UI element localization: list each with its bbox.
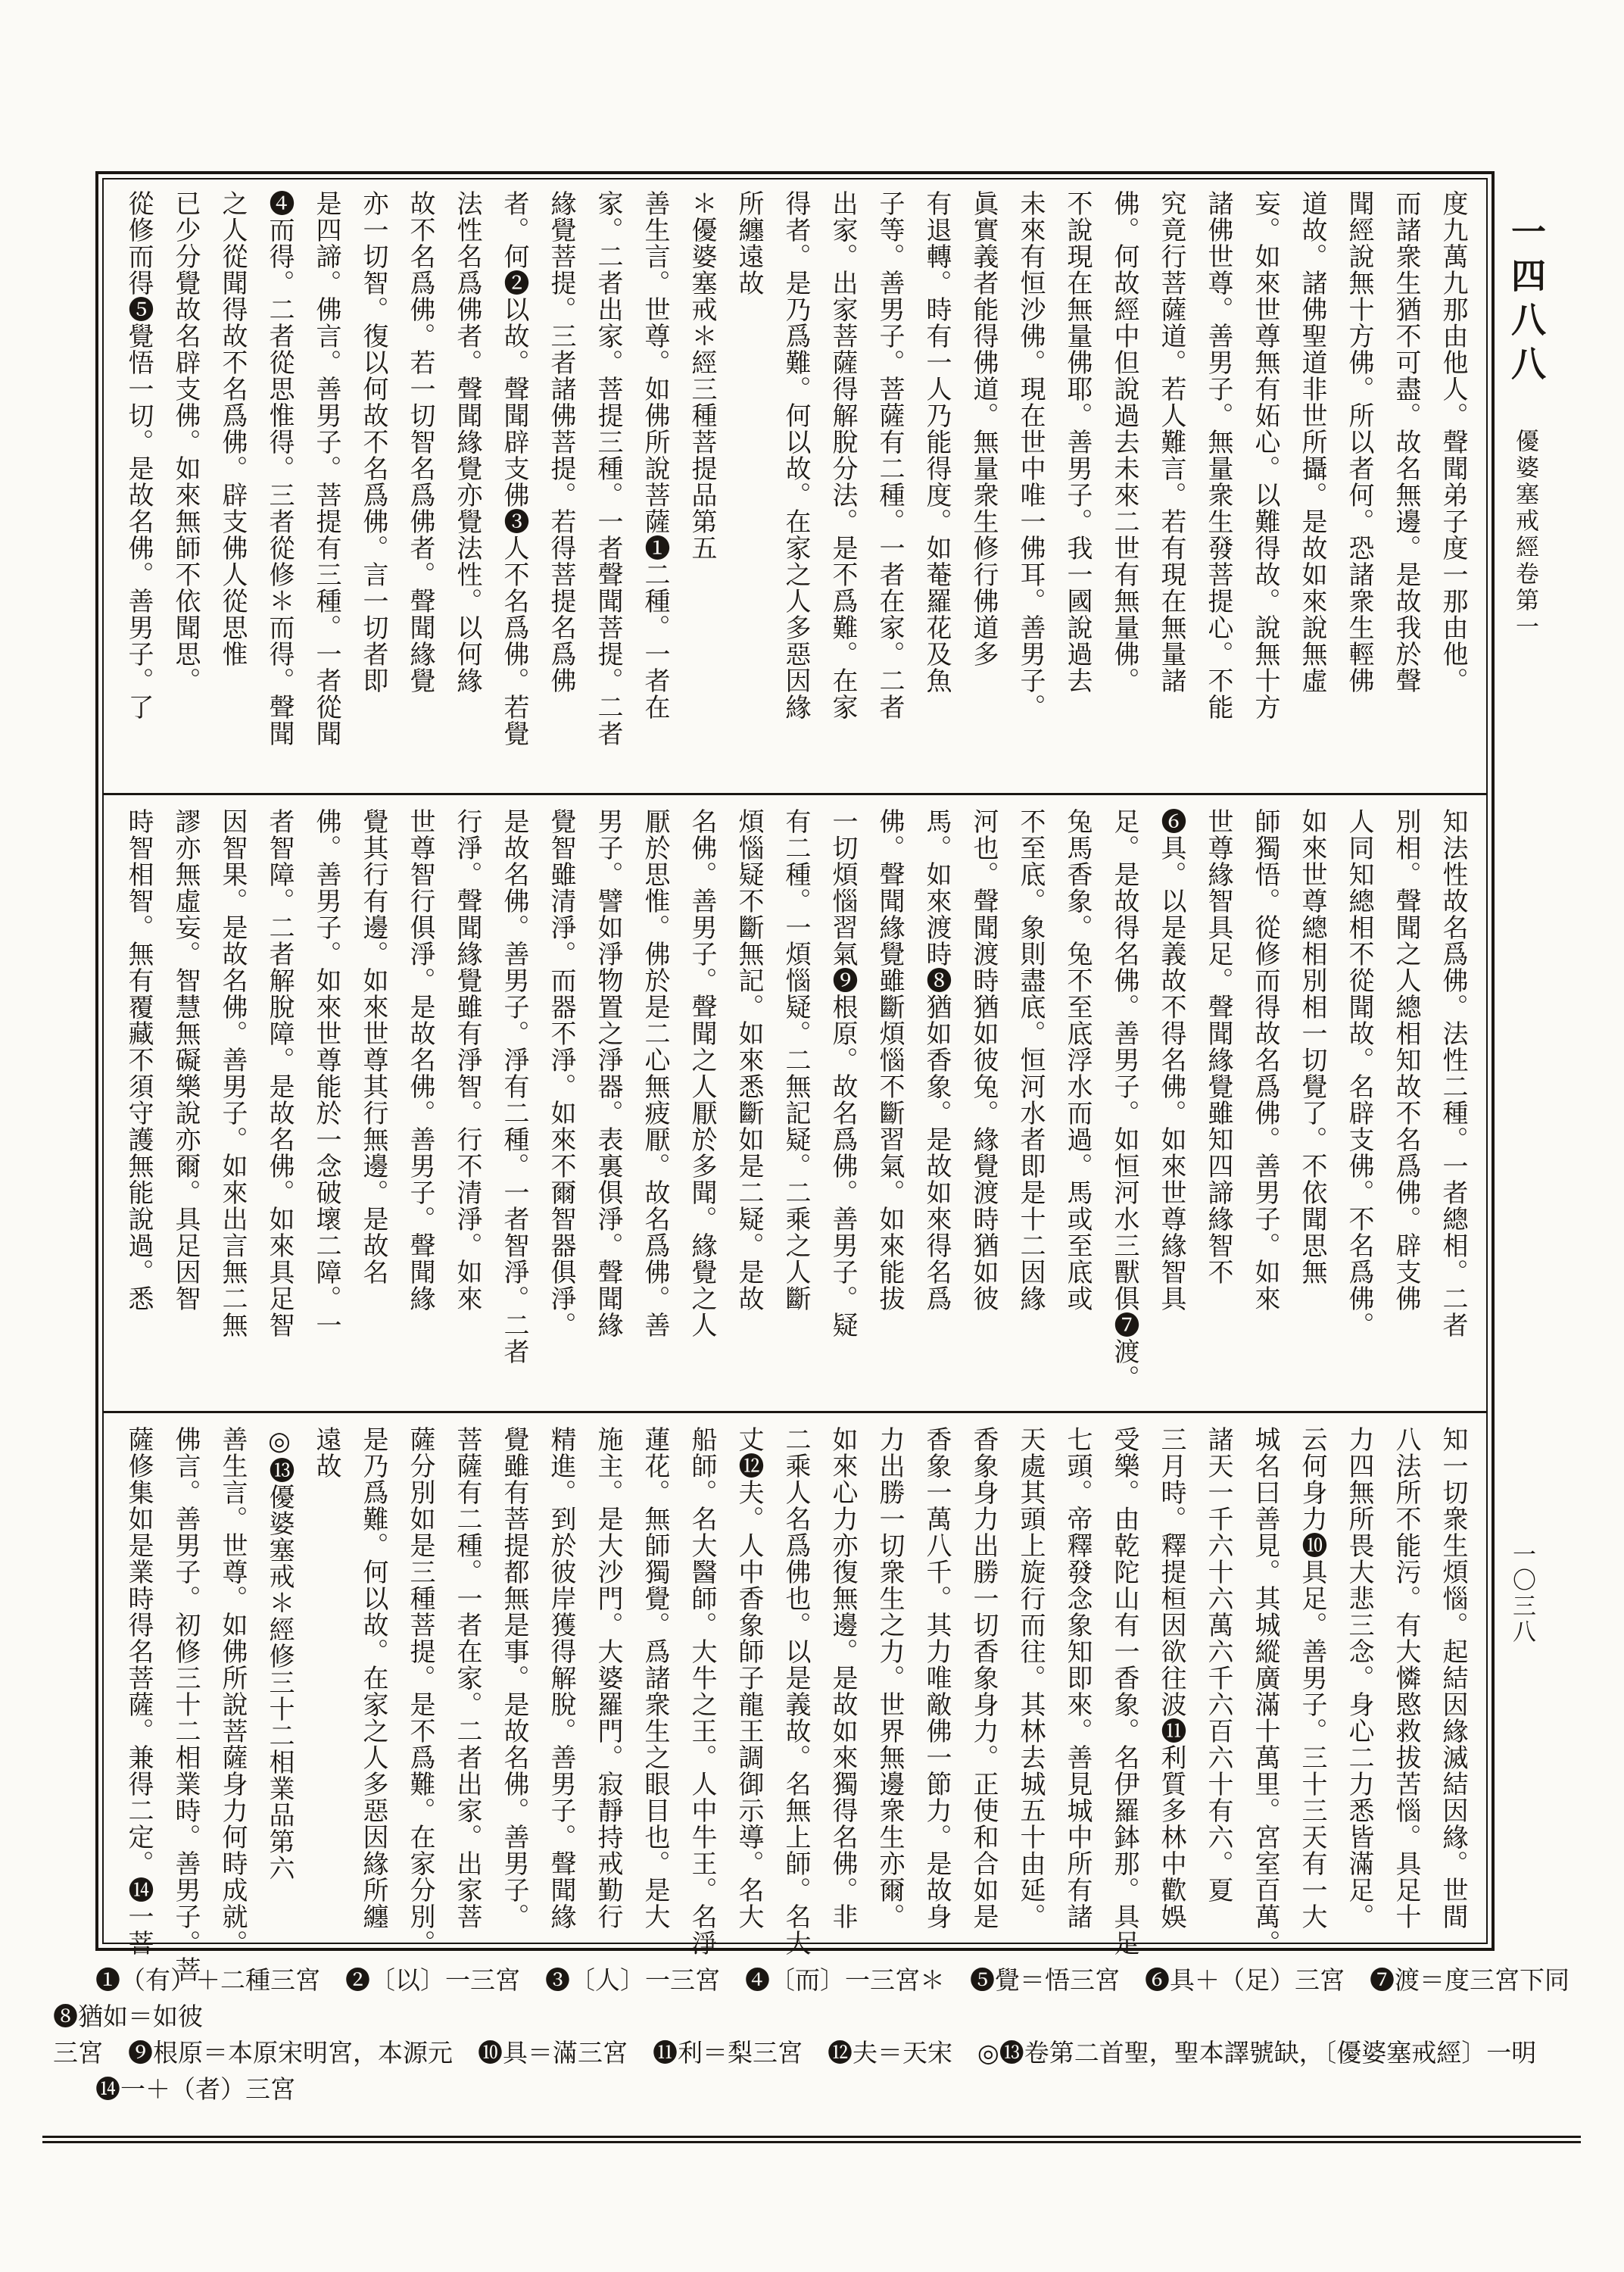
- register-c-text: 知一切衆生煩惱。起結因緣滅結因緣。世間 八法所不能污。有大憐愍救拔苦惱。具足十 …: [114, 1426, 1476, 2020]
- footnote-line-1: ❶（有）＋二種三宮 ❷〔以〕一三宮 ❸〔人〕一三宮 ❹〔而〕一三宮＊ ❺覺＝悟三…: [53, 1963, 1575, 2036]
- apparatus-footnotes: ❶（有）＋二種三宮 ❷〔以〕一三宮 ❸〔人〕一三宮 ❹〔而〕一三宮＊ ❺覺＝悟三…: [53, 1963, 1575, 2108]
- footnote-line-2: 三宮 ❾根原＝本原宋明宮，本源元 ❿具＝滿三宮 ⓫利＝梨三宮 ⓬夫＝天宋 ◎⓭卷…: [53, 2036, 1575, 2072]
- bottom-double-rule: [42, 2136, 1581, 2143]
- register-separator-2: [104, 1411, 1486, 1413]
- page-number-label: 一〇三八: [1505, 1542, 1539, 1645]
- text-frame-inner-rule: 度九萬九那由他人。聲聞弟子度一那由他。 而諸衆生猶不可盡。故名無邊。是故我於聲 …: [102, 178, 1488, 1944]
- volume-title-label: 優婆塞戒經卷第一: [1508, 429, 1542, 641]
- sutra-number-label: 一四八八: [1501, 214, 1551, 389]
- register-separator-1: [104, 793, 1486, 795]
- text-frame: 度九萬九那由他人。聲聞弟子度一那由他。 而諸衆生猶不可盡。故名無邊。是故我於聲 …: [95, 171, 1495, 1951]
- register-a-text: 度九萬九那由他人。聲聞弟子度一那由他。 而諸衆生猶不可盡。故名無邊。是故我於聲 …: [114, 190, 1476, 784]
- footnote-line-3: ⓮一＋（者）三宮: [53, 2072, 1575, 2108]
- scanned-sutra-page: 一四八八 優婆塞戒經卷第一 一〇三八 度九萬九那由他人。聲聞弟子度一那由他。 而…: [0, 0, 1624, 2272]
- register-b-text: 知法性故名爲佛。法性二種。一者總相。二者 別相。聲聞之人總相知故不名爲佛。辟支佛…: [114, 808, 1476, 1402]
